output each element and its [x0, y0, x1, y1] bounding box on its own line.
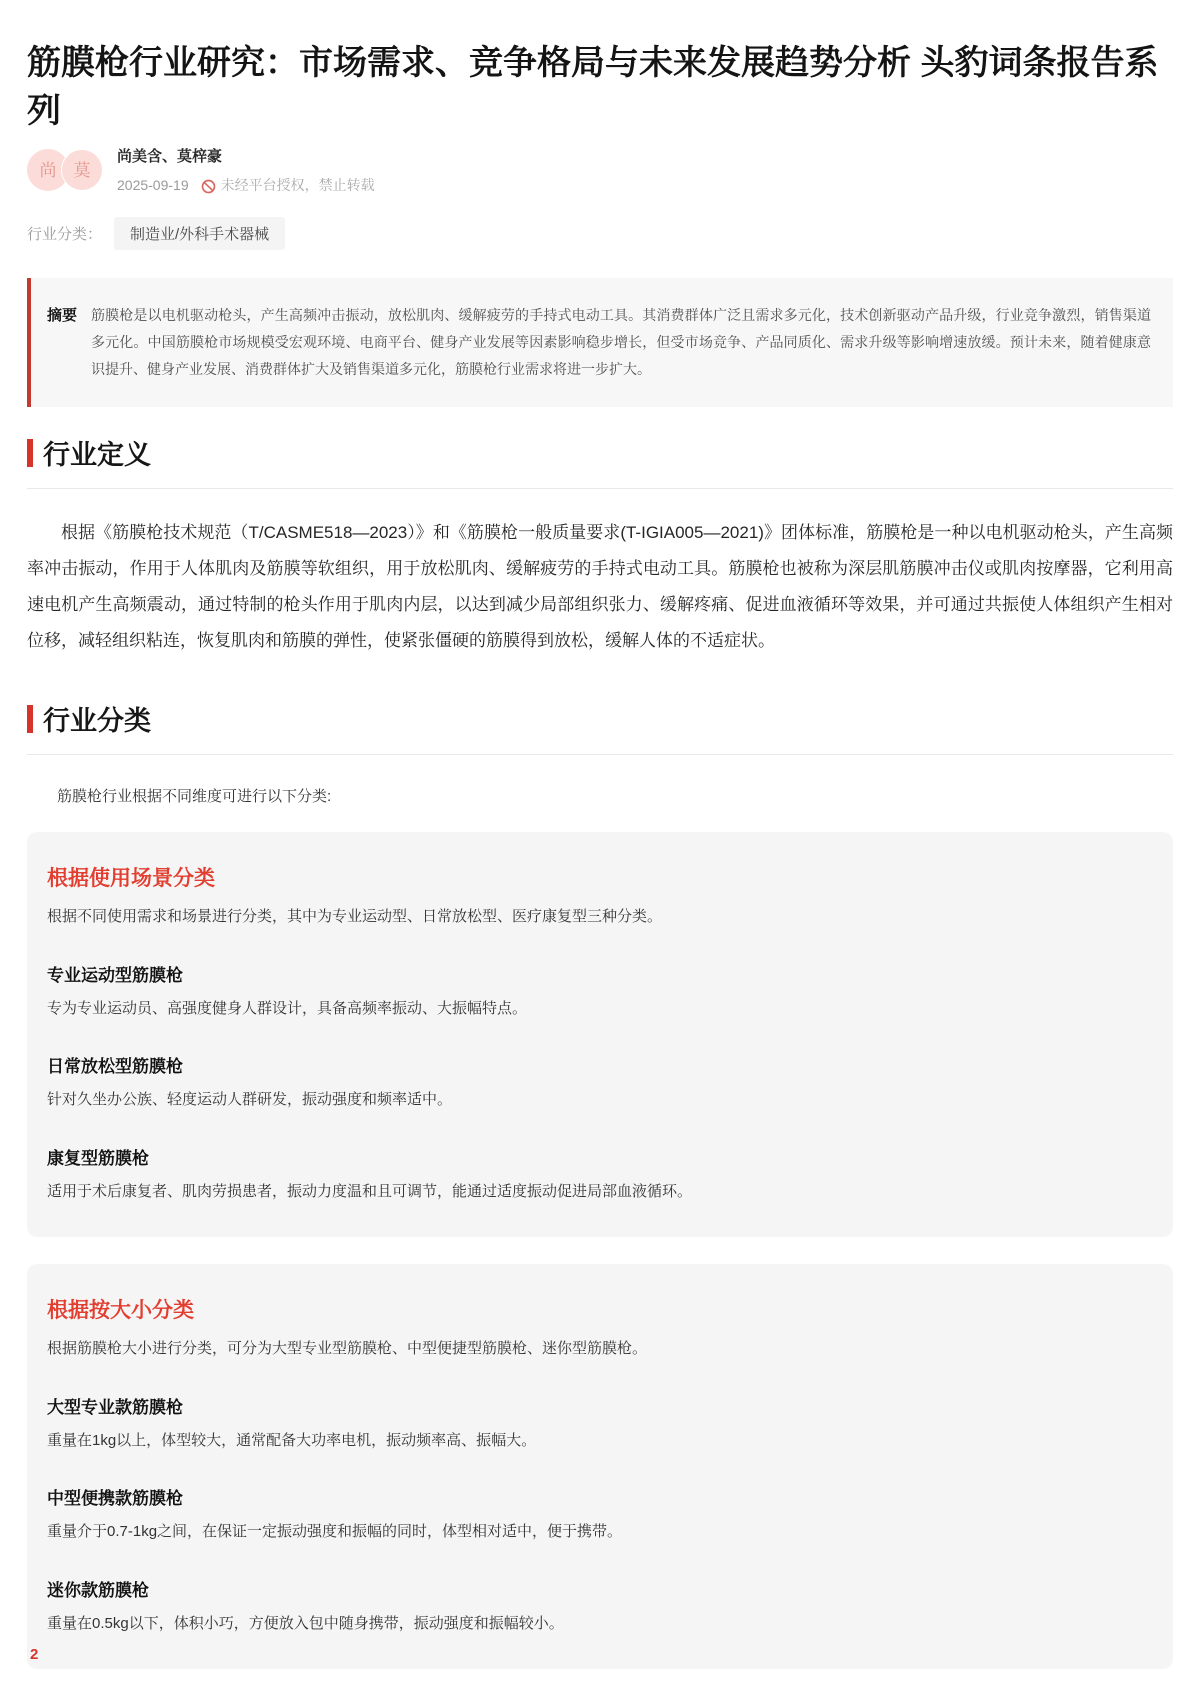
classification-card-usage: 根据使用场景分类 根据不同使用需求和场景进行分类，其中为专业运动型、日常放松型、… [27, 832, 1173, 1237]
card-item-name: 中型便携款筋膜枪 [47, 1484, 1153, 1509]
card-title: 根据使用场景分类 [47, 862, 1153, 892]
section-title: 行业分类 [43, 699, 151, 738]
abstract-label: 摘要 [47, 302, 77, 329]
card-item-name: 迷你款筋膜枪 [47, 1576, 1153, 1601]
avatar[interactable]: 莫 [61, 149, 103, 191]
page-number: 2 [30, 1646, 38, 1663]
prohibition-icon [201, 179, 216, 194]
card-item-name: 专业运动型筋膜枪 [47, 961, 1153, 986]
card-title: 根据按大小分类 [47, 1294, 1153, 1324]
author-avatars: 尚 莫 [27, 149, 103, 191]
page-title: 筋膜枪行业研究：市场需求、竞争格局与未来发展趋势分析 头豹词条报告系列 [27, 0, 1173, 135]
card-item: 专业运动型筋膜枪 专为专业运动员、高强度健身人群设计，具备高频率振动、大振幅特点… [47, 961, 1153, 1021]
section-title: 行业定义 [43, 433, 151, 472]
card-item: 日常放松型筋膜枪 针对久坐办公族、轻度运动人群研发，振动强度和频率适中。 [47, 1052, 1153, 1112]
author-info: 尚美含、莫梓豪 2025-09-19 未经平台授权，禁止转载 [117, 145, 375, 195]
card-item-description: 重量在1kg以上，体型较大，通常配备大功率电机，振动频率高、振幅大。 [47, 1430, 1153, 1453]
card-item-description: 针对久坐办公族、轻度运动人群研发，振动强度和频率适中。 [47, 1089, 1153, 1112]
definition-paragraph: 根据《筋膜枪技术规范（T/CASME518—2023）》和《筋膜枪一般质量要求(… [27, 515, 1173, 659]
classification-card-size: 根据按大小分类 根据筋膜枪大小进行分类，可分为大型专业型筋膜枪、中型便捷型筋膜枪… [27, 1264, 1173, 1669]
category-label: 行业分类： [27, 223, 102, 244]
card-item-name: 康复型筋膜枪 [47, 1144, 1153, 1169]
copyright-notice: 未经平台授权，禁止转载 [221, 175, 375, 195]
abstract-box: 摘要 筋膜枪是以电机驱动枪头，产生高频冲击振动，放松肌肉、缓解疲劳的手持式电动工… [27, 278, 1173, 407]
meta-row: 2025-09-19 未经平台授权，禁止转载 [117, 175, 375, 195]
card-item: 康复型筋膜枪 适用于术后康复者、肌肉劳损患者，振动力度温和且可调节，能通过适度振… [47, 1144, 1153, 1204]
card-item-description: 适用于术后康复者、肌肉劳损患者，振动力度温和且可调节，能通过适度振动促进局部血液… [47, 1181, 1153, 1204]
card-description: 根据不同使用需求和场景进行分类，其中为专业运动型、日常放松型、医疗康复型三种分类… [47, 906, 1153, 929]
card-item-description: 重量在0.5kg以下，体积小巧，方便放入包中随身携带，振动强度和振幅较小。 [47, 1613, 1153, 1636]
card-item: 中型便携款筋膜枪 重量介于0.7-1kg之间，在保证一定振动强度和振幅的同时，体… [47, 1484, 1153, 1544]
card-item-description: 重量介于0.7-1kg之间，在保证一定振动强度和振幅的同时，体型相对适中，便于携… [47, 1521, 1153, 1544]
card-item: 迷你款筋膜枪 重量在0.5kg以下，体积小巧，方便放入包中随身携带，振动强度和振… [47, 1576, 1153, 1636]
section-accent-bar [27, 705, 33, 733]
card-description: 根据筋膜枪大小进行分类，可分为大型专业型筋膜枪、中型便捷型筋膜枪、迷你型筋膜枪。 [47, 1338, 1153, 1361]
card-item-name: 大型专业款筋膜枪 [47, 1393, 1153, 1418]
card-item-name: 日常放松型筋膜枪 [47, 1052, 1153, 1077]
report-page: 筋膜枪行业研究：市场需求、竞争格局与未来发展趋势分析 头豹词条报告系列 尚 莫 … [0, 0, 1200, 1700]
author-block: 尚 莫 尚美含、莫梓豪 2025-09-19 未经平台授权，禁止转载 [27, 145, 1173, 195]
card-item: 大型专业款筋膜枪 重量在1kg以上，体型较大，通常配备大功率电机，振动频率高、振… [47, 1393, 1153, 1453]
classification-intro: 筋膜枪行业根据不同维度可进行以下分类: [27, 785, 1173, 806]
card-item-description: 专为专业运动员、高强度健身人群设计，具备高频率振动、大振幅特点。 [47, 998, 1153, 1021]
section-heading-classification: 行业分类 [27, 699, 1173, 755]
publish-date: 2025-09-19 [117, 177, 189, 193]
section-heading-definition: 行业定义 [27, 433, 1173, 489]
category-row: 行业分类： 制造业/外科手术器械 [27, 217, 1173, 250]
author-names[interactable]: 尚美含、莫梓豪 [117, 145, 375, 166]
category-tag[interactable]: 制造业/外科手术器械 [114, 217, 285, 250]
section-accent-bar [27, 439, 33, 467]
abstract-text: 筋膜枪是以电机驱动枪头，产生高频冲击振动，放松肌肉、缓解疲劳的手持式电动工具。其… [91, 302, 1151, 383]
